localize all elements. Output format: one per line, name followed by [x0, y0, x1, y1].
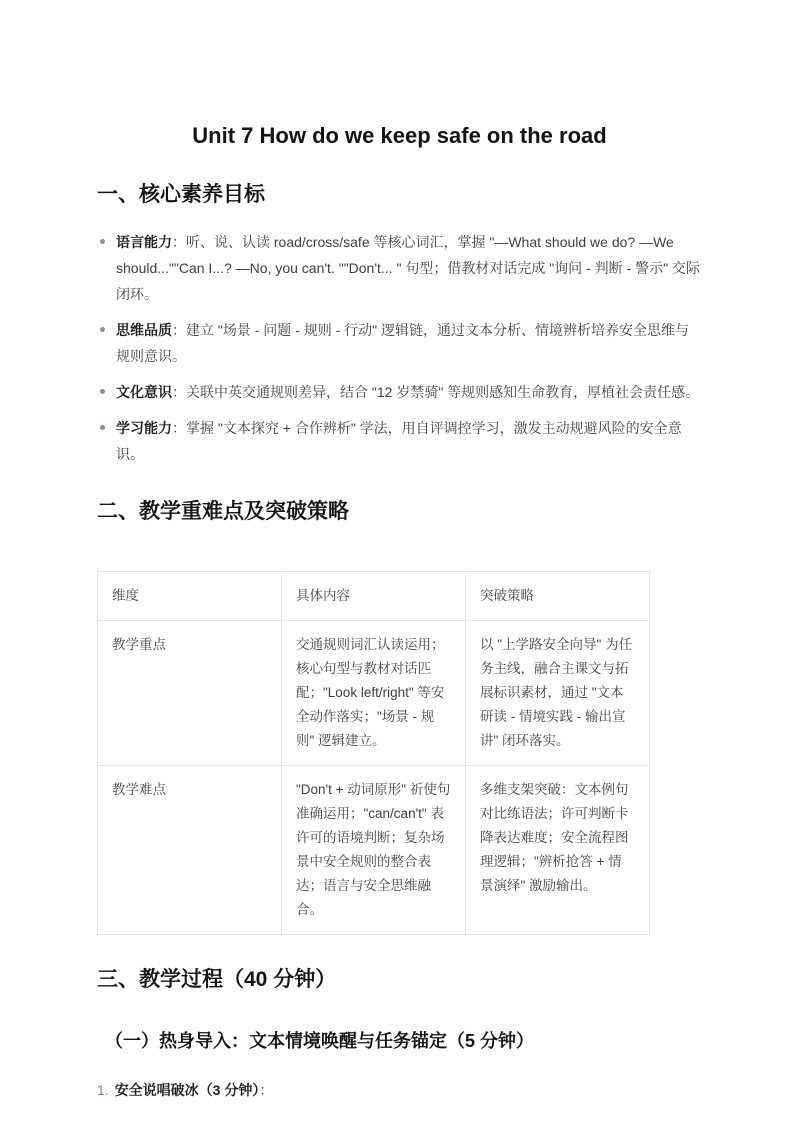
- table-cell-dimension: 教学难点: [98, 766, 282, 935]
- bullet-text: ：掌握 "文本探究 + 合作辨析" 学法，用自评调控学习，激发主动规避风险的安全…: [116, 420, 682, 462]
- table-row: 教学难点 "Don't + 动词原形" 祈使句准确运用；"can/can't" …: [98, 766, 650, 935]
- document-page: Unit 7 How do we keep safe on the road 一…: [0, 0, 794, 1123]
- table-header-dimension: 维度: [98, 572, 282, 621]
- subsection-heading-warmup: （一）热身导入：文本情境唤醒与任务锚定（5 分钟）: [105, 1028, 702, 1054]
- list-item: 文化意识：关联中英交通规则差异，结合 "12 岁禁骑" 等规则感知生命教育，厚植…: [97, 379, 702, 405]
- list-item: 思维品质：建立 "场景 - 问题 - 规则 - 行动" 逻辑链，通过文本分析、情…: [97, 317, 702, 369]
- bullet-icon: [100, 425, 105, 430]
- numbered-item-label: 安全说唱破冰（3 分钟）: [115, 1082, 260, 1098]
- list-number: 1.: [97, 1082, 109, 1098]
- bullet-text: ：听、说、认读 road/cross/safe 等核心词汇，掌握 "—What …: [116, 234, 700, 302]
- document-content: Unit 7 How do we keep safe on the road 一…: [0, 0, 794, 1101]
- bullet-icon: [100, 327, 105, 332]
- list-item: 学习能力：掌握 "文本探究 + 合作辨析" 学法，用自评调控学习，激发主动规避风…: [97, 415, 702, 467]
- section-heading-core-competencies: 一、核心素养目标: [97, 180, 702, 210]
- numbered-list-item: 1.安全说唱破冰（3 分钟）：: [97, 1079, 702, 1101]
- key-points-table: 维度 具体内容 突破策略 教学重点 交通规则词汇认读运用；核心句型与教材对话匹配…: [97, 571, 650, 935]
- bullet-icon: [100, 389, 105, 394]
- bullet-label: 学习能力: [116, 420, 172, 436]
- bullet-label: 思维品质: [116, 322, 172, 338]
- numbered-item-suffix: ：: [259, 1082, 273, 1098]
- page-title: Unit 7 How do we keep safe on the road: [97, 122, 702, 150]
- bullet-text: ：建立 "场景 - 问题 - 规则 - 行动" 逻辑链，通过文本分析、情境辨析培…: [116, 322, 689, 364]
- section-heading-key-points: 二、教学重难点及突破策略: [97, 497, 702, 527]
- bullet-label: 文化意识: [116, 384, 172, 400]
- bullet-label: 语言能力: [116, 234, 172, 250]
- table-cell-dimension: 教学重点: [98, 621, 282, 766]
- section-heading-teaching-process: 三、教学过程（40 分钟）: [97, 965, 702, 995]
- table-cell-content: "Don't + 动词原形" 祈使句准确运用；"can/can't" 表许可的语…: [282, 766, 466, 935]
- table-header-content: 具体内容: [282, 572, 466, 621]
- bullet-icon: [100, 239, 105, 244]
- table-header-row: 维度 具体内容 突破策略: [98, 572, 650, 621]
- table-cell-content: 交通规则词汇认读运用；核心句型与教材对话匹配；"Look left/right"…: [282, 621, 466, 766]
- table-row: 教学重点 交通规则词汇认读运用；核心句型与教材对话匹配；"Look left/r…: [98, 621, 650, 766]
- list-item: 语言能力：听、说、认读 road/cross/safe 等核心词汇，掌握 "—W…: [97, 229, 702, 307]
- table-header-strategy: 突破策略: [466, 572, 650, 621]
- table-cell-strategy: 多维支架突破：文本例句对比练语法；许可判断卡降表达难度；安全流程图理逻辑；"辨析…: [466, 766, 650, 935]
- bullet-text: ：关联中英交通规则差异，结合 "12 岁禁骑" 等规则感知生命教育，厚植社会责任…: [172, 384, 699, 400]
- competency-bullet-list: 语言能力：听、说、认读 road/cross/safe 等核心词汇，掌握 "—W…: [97, 229, 702, 467]
- table-cell-strategy: 以 "上学路安全向导" 为任务主线，融合主课文与拓展标识素材，通过 "文本研读 …: [466, 621, 650, 766]
